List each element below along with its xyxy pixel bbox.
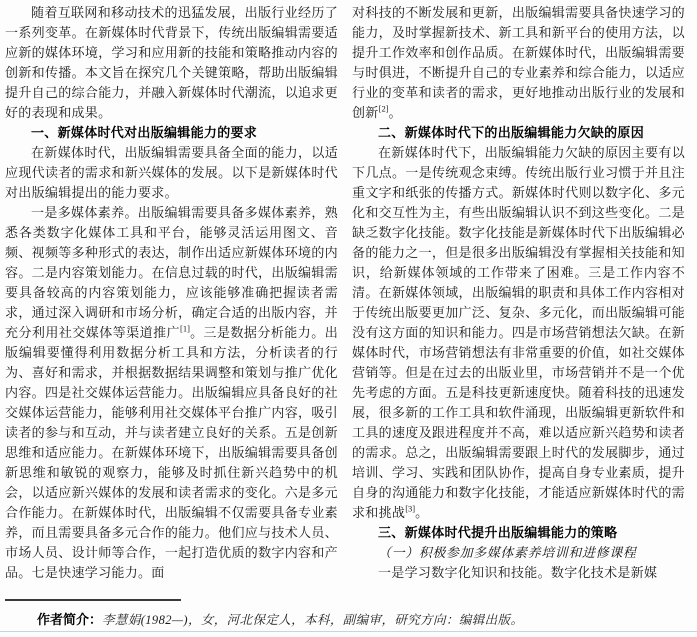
paragraph: 在新媒体时代，出版编辑需要具备全面的能力，以适应现代读者的需求和新兴媒体的发展。… [5,143,338,203]
citation-marker: [1] [180,324,190,334]
footnote-divider [5,599,181,601]
author-note-text: 李慧娟(1982—)，女，河北保定人，本科，副编审，研究方向：编辑出版。 [102,613,523,627]
left-column: 随着互联网和移动技术的迅猛发展，出版行业经历了一系列变革。在新媒体时代背景下，传… [5,3,338,607]
sub-heading: （一）积极参加多媒体素养培训和进修课程 [352,543,685,563]
section-heading: 一、新媒体时代对出版编辑能力的要求 [5,123,338,143]
citation-marker: [3] [405,504,415,514]
paragraph: 在新媒体时代下，出版编辑能力欠缺的原因主要有以下几点。一是传统观念束缚。传统出版… [352,143,685,523]
two-column-text-area: 随着互联网和移动技术的迅猛发展，出版行业经历了一系列变革。在新媒体时代背景下，传… [5,3,685,607]
page-bottom-scan-edge [0,631,697,637]
paragraph: 一是学习数字化知识和技能。数字化技术是新媒 [352,563,685,583]
author-note-label: 作者简介： [37,612,102,627]
paragraph: 随着互联网和移动技术的迅猛发展，出版行业经历了一系列变革。在新媒体时代背景下，传… [5,3,338,123]
article-page: 随着互联网和移动技术的迅猛发展，出版行业经历了一系列变革。在新媒体时代背景下，传… [0,0,697,637]
section-heading: 二、新媒体时代下的出版编辑能力欠缺的原因 [352,123,685,143]
paragraph-continuation: 对科技的不断发展和更新，出版编辑需要具备快速学习的能力，及时掌握新技术、新工具和… [352,3,685,123]
paragraph: 一是多媒体素养。出版编辑需要具备多媒体素养，熟悉各类数字化媒体工具和平台，能够灵… [5,203,338,583]
section-heading: 三、新媒体时代提升出版编辑能力的策略 [352,523,685,543]
citation-marker: [2] [379,104,389,114]
author-note: 作者简介：李慧娟(1982—)，女，河北保定人，本科，副编审，研究方向：编辑出版… [5,611,684,629]
right-column: 对科技的不断发展和更新，出版编辑需要具备快速学习的能力，及时掌握新技术、新工具和… [352,3,685,607]
